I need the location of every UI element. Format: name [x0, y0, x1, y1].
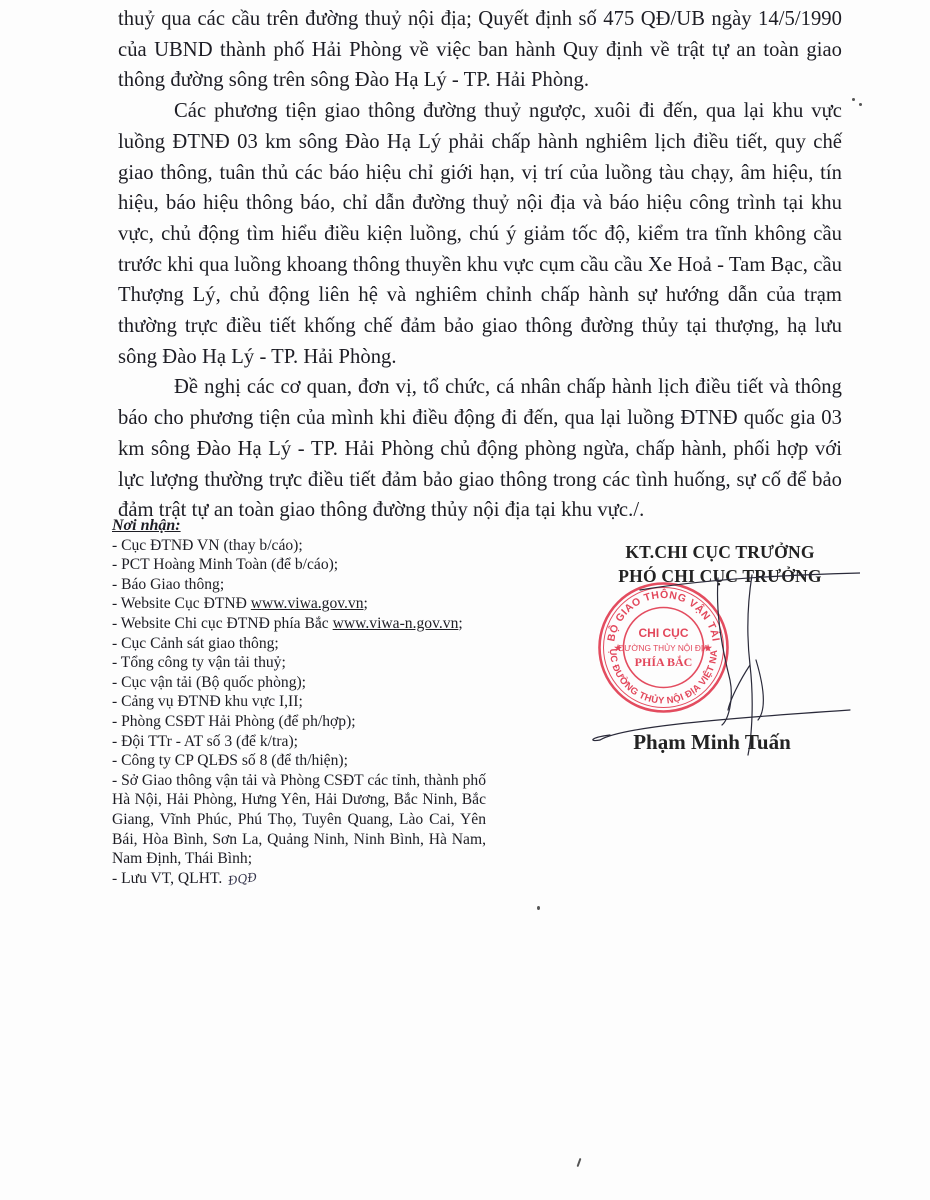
- recipient-item: - Cục vận tải (Bộ quốc phòng);: [112, 673, 486, 693]
- paragraph-vessel-requirements: Các phương tiện giao thông đường thuỷ ng…: [118, 96, 842, 372]
- recipient-text: - Cục ĐTNĐ VN (thay b/cáo);: [112, 537, 303, 554]
- scan-speck: [537, 906, 540, 910]
- recipient-suffix: ;: [364, 595, 368, 612]
- recipient-suffix: ;: [458, 615, 462, 632]
- document-body: thuỷ qua các cầu trên đường thuỷ nội địa…: [118, 4, 842, 526]
- recipient-item: - Cục Cảnh sát giao thông;: [112, 634, 486, 654]
- paragraph-request-compliance: Đề nghị các cơ quan, đơn vị, tổ chức, cá…: [118, 372, 842, 526]
- scan-speck: [859, 103, 862, 106]
- svg-text:ĐƯỜNG THỦY NỘI ĐỊA: ĐƯỜNG THỦY NỘI ĐỊA: [618, 642, 709, 653]
- handwritten-initials: ĐQĐ: [227, 868, 259, 891]
- recipient-website-link[interactable]: www.viwa-n.gov.vn: [333, 615, 459, 632]
- scan-speck: [852, 98, 855, 101]
- recipients-heading: Nơi nhận:: [112, 516, 486, 536]
- recipient-text: - Cục vận tải (Bộ quốc phòng);: [112, 674, 306, 691]
- recipient-text: - Sở Giao thông vận tải và Phòng CSĐT cá…: [112, 772, 486, 867]
- recipient-text: - Cảng vụ ĐTNĐ khu vực I,II;: [112, 693, 303, 710]
- recipient-text: - Lưu VT, QLHT.: [112, 870, 222, 887]
- recipient-text: - Website Chi cục ĐTNĐ phía Bắc: [112, 615, 333, 632]
- svg-text:CHI CỤC: CHI CỤC: [639, 626, 689, 640]
- recipient-text: - Báo Giao thông;: [112, 576, 224, 593]
- recipient-item: - Lưu VT, QLHT.ĐQĐ: [112, 869, 486, 890]
- signatory-title-line1: KT.CHI CỤC TRƯỞNG: [580, 540, 860, 564]
- recipient-item: - Website Chi cục ĐTNĐ phía Bắc www.viwa…: [112, 614, 486, 634]
- document-page: thuỷ qua các cầu trên đường thuỷ nội địa…: [0, 0, 930, 1200]
- svg-text:PHÍA BẮC: PHÍA BẮC: [635, 654, 693, 669]
- recipient-item: - Báo Giao thông;: [112, 575, 486, 595]
- recipient-text: - Cục Cảnh sát giao thông;: [112, 635, 279, 652]
- recipients-list: Nơi nhận: - Cục ĐTNĐ VN (thay b/cáo);- P…: [112, 516, 486, 889]
- recipient-item: - Phòng CSĐT Hải Phòng (để ph/hợp);: [112, 712, 486, 732]
- recipient-item: - Công ty CP QLĐS số 8 (để th/hiện);: [112, 751, 486, 771]
- recipient-items: - Cục ĐTNĐ VN (thay b/cáo);- PCT Hoàng M…: [112, 536, 486, 890]
- recipient-text: - Website Cục ĐTNĐ: [112, 595, 251, 612]
- recipient-text: - PCT Hoàng Minh Toàn (để b/cáo);: [112, 556, 338, 573]
- recipient-item: - Website Cục ĐTNĐ www.viwa.gov.vn;: [112, 594, 486, 614]
- recipient-text: - Công ty CP QLĐS số 8 (để th/hiện);: [112, 752, 348, 769]
- recipient-item: - PCT Hoàng Minh Toàn (để b/cáo);: [112, 555, 486, 575]
- recipient-item: - Cục ĐTNĐ VN (thay b/cáo);: [112, 536, 486, 556]
- official-stamp-icon: BỘ GIAO THÔNG VẬN TẢI CỤC ĐƯỜNG THỦY NỘI…: [596, 580, 731, 715]
- signer-name: Phạm Minh Tuấn: [612, 730, 812, 755]
- recipient-item: - Sở Giao thông vận tải và Phòng CSĐT cá…: [112, 771, 486, 869]
- recipient-text: - Đội TTr - AT số 3 (để k/tra);: [112, 733, 298, 750]
- recipient-text: - Phòng CSĐT Hải Phòng (để ph/hợp);: [112, 713, 356, 730]
- recipient-text: - Tổng công ty vận tải thuỷ;: [112, 654, 286, 671]
- recipient-item: - Tổng công ty vận tải thuỷ;: [112, 653, 486, 673]
- recipient-website-link[interactable]: www.viwa.gov.vn: [251, 595, 364, 612]
- recipient-item: - Cảng vụ ĐTNĐ khu vực I,II;: [112, 692, 486, 712]
- recipient-item: - Đội TTr - AT số 3 (để k/tra);: [112, 732, 486, 752]
- scan-speck: [577, 1158, 582, 1167]
- paragraph-legal-basis-continued: thuỷ qua các cầu trên đường thuỷ nội địa…: [118, 4, 842, 96]
